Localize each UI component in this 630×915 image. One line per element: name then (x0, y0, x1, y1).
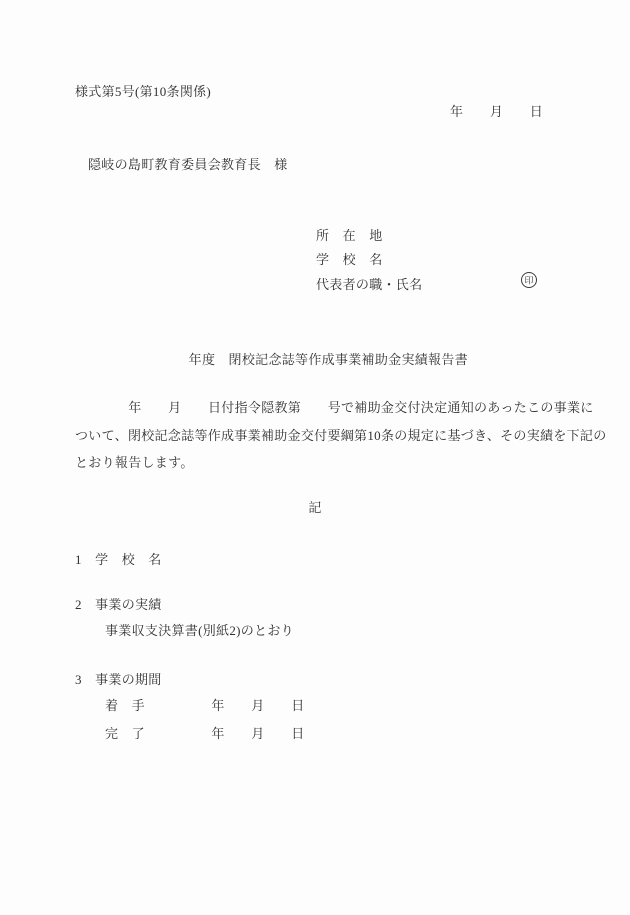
record-heading: 記 (0, 499, 630, 516)
body-paragraph-line-2: ついて、閉校記念誌等作成事業補助金交付要綱第10条の規定に基づき、その実績を下記… (75, 427, 607, 444)
addressee: 隠岐の島町教育委員会教育長 様 (88, 156, 288, 173)
document-page: 様式第5号(第10条関係) 年 月 日 隠岐の島町教育委員会教育長 様 所 在 … (0, 0, 630, 915)
item-1-school-name: 1 学 校 名 (75, 551, 162, 568)
seal-icon: 印 (521, 272, 537, 288)
date-line: 年 月 日 (450, 103, 543, 120)
body-paragraph-line-1: 年 月 日付指令隠教第 号で補助金交付決定通知のあったこの事業に (75, 399, 594, 416)
address-label: 所 在 地 (316, 227, 383, 244)
document-title: 年度 閉校記念誌等作成事業補助金実績報告書 (0, 351, 630, 368)
item-3-end-date: 完 了 年 月 日 (105, 725, 305, 742)
representative-label: 代表者の職・氏名 (316, 276, 422, 293)
item-3-start-date: 着 手 年 月 日 (105, 697, 305, 714)
item-2-detail: 事業収支決算書(別紙2)のとおり (105, 622, 294, 639)
item-2-heading: 2 事業の実績 (75, 596, 162, 613)
seal-character: 印 (524, 276, 533, 285)
school-name-label: 学 校 名 (316, 251, 383, 268)
body-paragraph-line-3: とおり報告します。 (75, 454, 194, 471)
form-number: 様式第5号(第10条関係) (75, 83, 211, 100)
item-3-heading: 3 事業の期間 (75, 671, 162, 688)
